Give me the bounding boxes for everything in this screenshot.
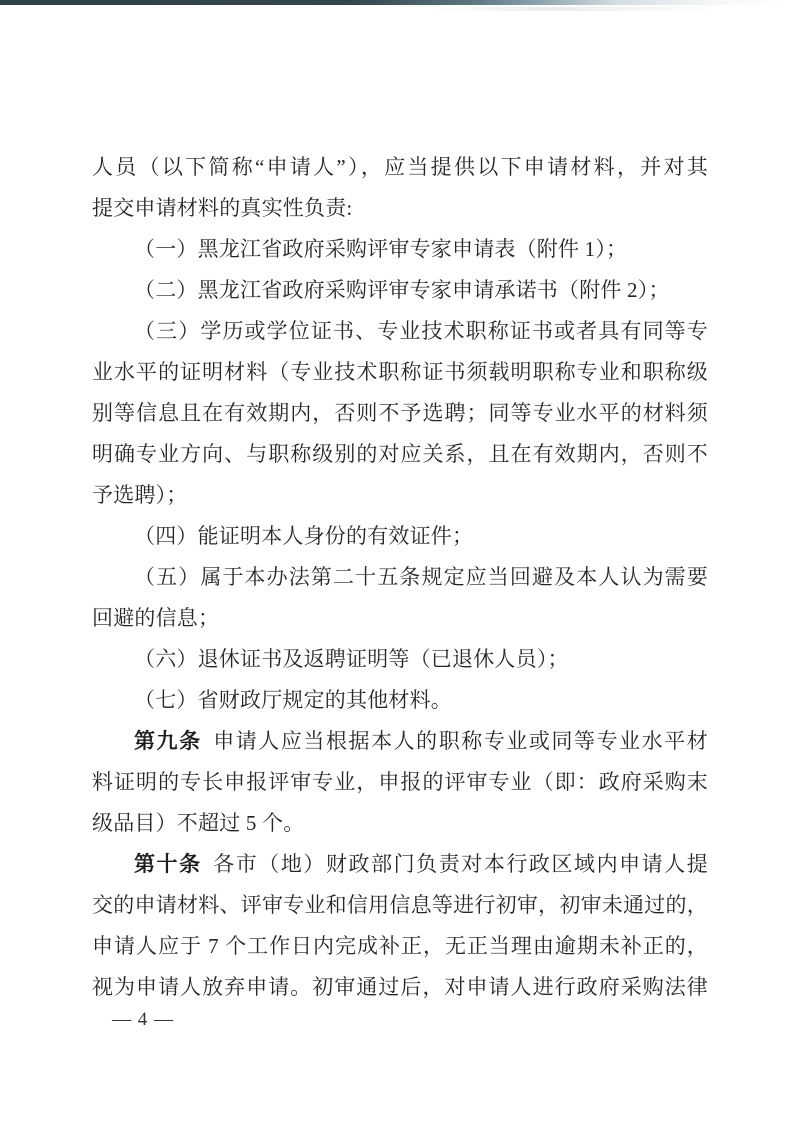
article-number: 第十条 [134, 852, 202, 876]
text-line: 料证明的专长申报评审专业，申报的评审专业（即：政府采购末 [92, 762, 708, 803]
document-body: 人员（以下简称“申请人”），应当提供以下申请材料，并对其提交申请材料的真实性负责… [92, 147, 708, 1008]
text-line: （七）省财政厅规定的其他材料。 [92, 680, 708, 721]
page-footer: — 4 — [112, 1008, 174, 1032]
text-line: 第九条申请人应当根据本人的职称专业或同等专业水平材 [92, 721, 708, 762]
article-number: 第九条 [134, 729, 202, 753]
text-line: 视为申请人放弃申请。初审通过后，对申请人进行政府采购法律 [92, 967, 708, 1008]
document-page: 人员（以下简称“申请人”），应当提供以下申请材料，并对其提交申请材料的真实性负责… [0, 0, 800, 1130]
text-line: 人员（以下简称“申请人”），应当提供以下申请材料，并对其 [92, 147, 708, 188]
text-line: 第十条各市（地）财政部门负责对本行政区域内申请人提 [92, 844, 708, 885]
page-number: — 4 — [112, 1009, 174, 1030]
text-line: （五）属于本办法第二十五条规定应当回避及本人认为需要 [92, 557, 708, 598]
text-line: 级品目）不超过 5 个。 [92, 803, 708, 844]
text-line: （六）退休证书及返聘证明等（已退休人员）； [92, 639, 708, 680]
text-line: 业水平的证明材料（专业技术职称证书须载明职称专业和职称级 [92, 352, 708, 393]
text-line: （四）能证明本人身份的有效证件； [92, 516, 708, 557]
text-line: （二）黑龙江省政府采购评审专家申请承诺书（附件 2）； [92, 270, 708, 311]
text-line: 申请人应于 7 个工作日内完成补正，无正当理由逾期未补正的， [92, 926, 708, 967]
scan-smudge-artifact [430, 7, 720, 11]
article-text: 申请人应当根据本人的职称专业或同等专业水平材 [213, 729, 708, 753]
text-line: 提交申请材料的真实性负责: [92, 188, 708, 229]
text-line: 明确专业方向、与职称级别的对应关系，且在有效期内，否则不 [92, 434, 708, 475]
text-line: 予选聘）； [92, 475, 708, 516]
text-line: （三）学历或学位证书、专业技术职称证书或者具有同等专 [92, 311, 708, 352]
article-text: 各市（地）财政部门负责对本行政区域内申请人提 [213, 852, 708, 876]
text-line: （一）黑龙江省政府采购评审专家申请表（附件 1）； [92, 229, 708, 270]
text-line: 别等信息且在有效期内，否则不予选聘；同等专业水平的材料须 [92, 393, 708, 434]
text-line: 交的申请材料、评审专业和信用信息等进行初审，初审未通过的， [92, 885, 708, 926]
scan-edge-artifact [0, 0, 790, 5]
text-line: 回避的信息； [92, 598, 708, 639]
